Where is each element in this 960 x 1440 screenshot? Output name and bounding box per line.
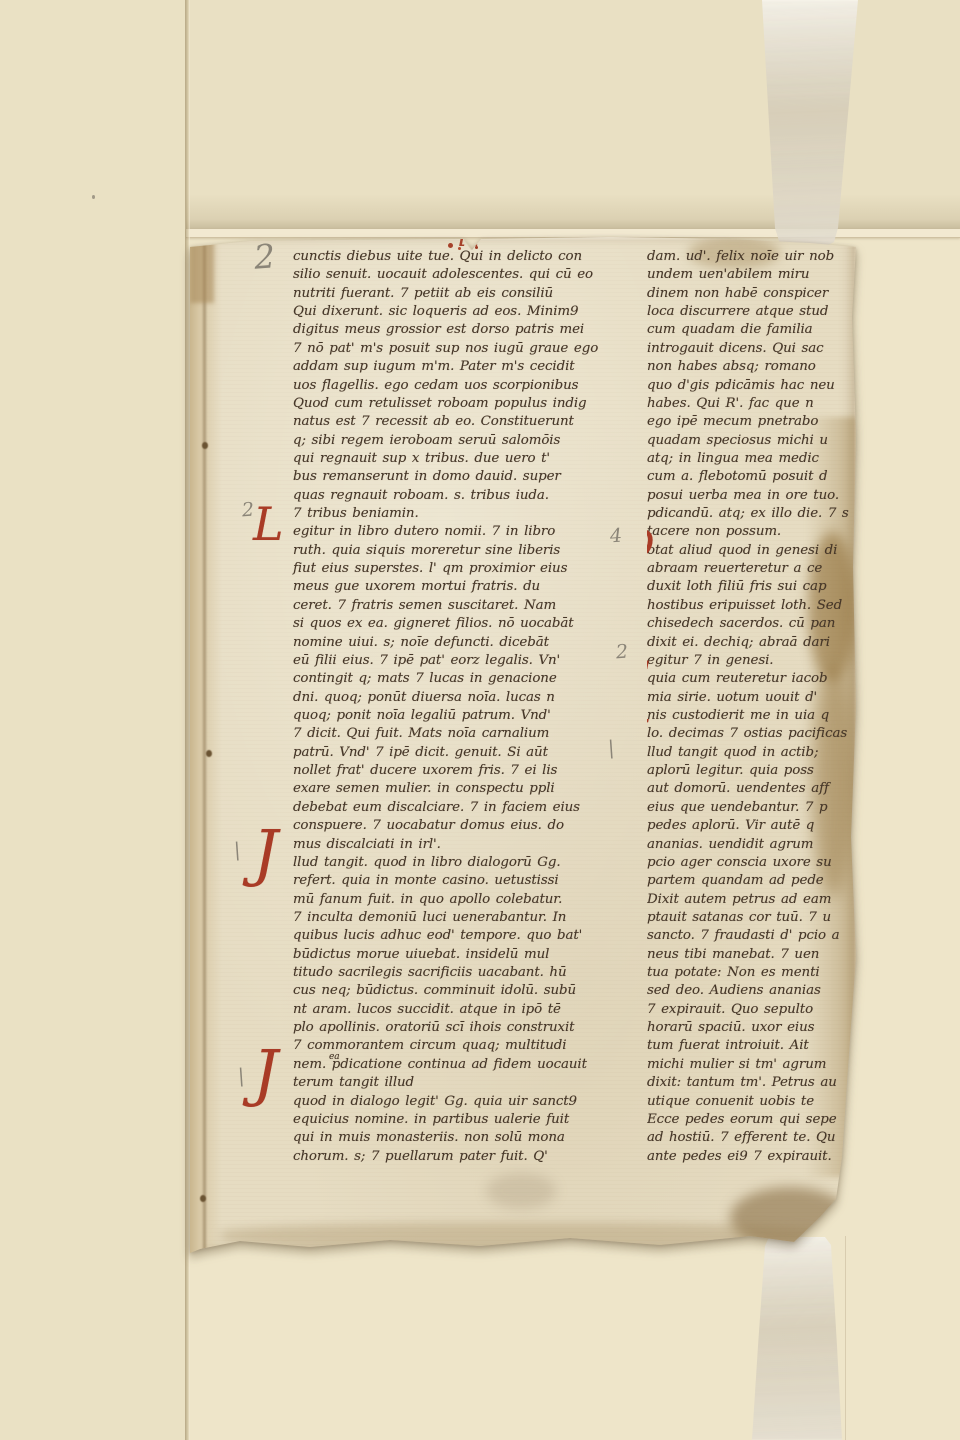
text-line: quas regnauit roboam. s. tribus iuda.: [293, 487, 627, 505]
text-line: ante pedes ei9 7 expirauit.: [647, 1148, 856, 1166]
line-text: tum fuerat introiuit. Ait: [647, 1038, 809, 1053]
text-line: quod in dialogo legit' Gg. quia uir sanc…: [293, 1093, 627, 1111]
text-line: debebat eum discalciare. 7 in faciem eiu…: [293, 799, 627, 817]
line-text: debebat eum discalciare. 7 in faciem eiu…: [293, 800, 580, 815]
red-initial: L: [647, 644, 651, 662]
pencil-mark: 2: [241, 499, 255, 522]
line-text: sancto. 7 fraudasti d' pcio a: [647, 928, 840, 943]
text-line: būdictus morue uiuebat. insidelū mul: [293, 946, 627, 964]
line-text: patrū. Vnd' 7 ipē dicit. genuit. Si aūt: [293, 745, 548, 760]
line-text: ante pedes ei9 7 expirauit.: [647, 1149, 832, 1164]
text-line: Jllud tangit quod in actib;: [647, 744, 856, 762]
text-line: ceret. 7 fratris semen suscitaret. Nam: [293, 597, 627, 615]
stain: [220, 1223, 820, 1249]
text-line: quoq; ponit noīa legaliū patrum. Vnd': [293, 707, 627, 725]
text-line: tua potate: Non es menti: [647, 964, 856, 982]
line-text: Qui dixerunt. sic loqueris ad eos. Minim…: [293, 304, 578, 319]
text-line: aut domorū. uendentes aff: [647, 780, 856, 798]
manuscript-leaf-wrap: ll cunctis diebus uite tue. Qui in delic…: [190, 237, 856, 1253]
text-line: contingit q; mats 7 lucas in genacione: [293, 670, 627, 688]
line-text: pcio ager conscia uxore su: [647, 855, 832, 870]
line-text: utique conuenit uobis te: [647, 1094, 814, 1109]
line-text: natus est 7 recessit ab eo. Constituerun…: [293, 414, 574, 429]
line-text: atq; in lingua mea medic: [647, 451, 819, 466]
text-line: exare semen mulier. in conspectu ppli: [293, 780, 627, 798]
text-line: loca discurrere atque stud: [647, 303, 856, 321]
line-text: 7 nō pat' m's posuit sup nos iugū graue …: [293, 341, 598, 356]
line-text: uos flagellis. ego cedam uos scorpionibu…: [293, 378, 578, 393]
line-text: quo d'gis pdicāmis hac neu: [647, 378, 835, 393]
line-text: llud tangit quod in actib;: [647, 745, 818, 760]
line-text: terum tangit illud: [293, 1075, 414, 1090]
line-text: hostibus eripuisset loth. Sed: [647, 598, 842, 613]
left-mat-panel: [0, 0, 185, 1440]
line-text: lo. decimas 7 ostias pacificas: [647, 726, 847, 741]
text-line: 7 tribus beniamin.: [293, 505, 627, 523]
text-line: pdicandū. atq; ex illo die. 7 s: [647, 505, 856, 523]
line-text: eius que uendebantur. 7 p: [647, 800, 827, 815]
line-text: ego ipē mecum pnetrabo: [647, 414, 818, 429]
text-line: dixit: tantum tm'. Petrus au: [647, 1074, 856, 1092]
text-line: ad hostiū. 7 efferent te. Qu: [647, 1129, 856, 1147]
line-text: nis custodierit me in uia q: [647, 708, 829, 723]
line-text: contingit q; mats 7 lucas in genacione: [293, 671, 557, 686]
column-1: cunctis diebus uite tue. Qui in delicto …: [293, 248, 627, 1166]
line-text: otat aliud quod in genesi di: [647, 543, 837, 558]
text-line: duxit loth filiū fris sui cap: [647, 578, 856, 596]
line-text: chisedech sacerdos. cū pan: [647, 616, 835, 631]
line-text: nomine uiui. s; noīe defuncti. dicebāt: [293, 635, 549, 650]
text-line: ruth. quia siquis moreretur sine liberis: [293, 542, 627, 560]
text-line: cunctis diebus uite tue. Qui in delicto …: [293, 248, 627, 266]
line-text: equicius nomine. in partibus ualerie fui…: [293, 1112, 569, 1127]
text-line: Jterum tangit illud: [293, 1074, 627, 1092]
sewing-hole: [206, 750, 212, 757]
line-text: exare semen mulier. in conspectu ppli: [293, 781, 555, 796]
line-text: refert. quia in monte casino. uetustissi: [293, 873, 559, 888]
line-text: michi mulier si tm' agrum: [647, 1057, 826, 1072]
line-text: aut domorū. uendentes aff: [647, 781, 829, 796]
line-text: bus remanserunt in domo dauid. super: [293, 469, 561, 484]
text-line: sed deo. Audiens ananias: [647, 982, 856, 1000]
text-line: dni. quoq; ponūt diuersa noīa. lucas n: [293, 689, 627, 707]
text-line: mus discalciati in irl'.: [293, 836, 627, 854]
text-line: pcio ager conscia uxore su: [647, 854, 856, 872]
gutter-crack: [203, 237, 206, 1253]
line-text: Ecce pedes eorum qui sepe: [647, 1112, 837, 1127]
text-line: eius que uendebantur. 7 p: [647, 799, 856, 817]
line-text: dixit: tantum tm'. Petrus au: [647, 1075, 837, 1090]
line-text: meus gue uxorem mortui fratris. du: [293, 579, 540, 594]
text-line: natus est 7 recessit ab eo. Constituerun…: [293, 413, 627, 431]
text-line: 7 expirauit. Quo sepulto: [647, 1001, 856, 1019]
line-text: eū filii eius. 7 ipē pat' eorz legalis. …: [293, 653, 560, 668]
line-text: conspuere. 7 uocabatur domus eius. do: [293, 818, 564, 833]
text-line: chorum. s; 7 puellarum pater fuit. Q': [293, 1148, 627, 1166]
interlinear-correction: ea: [329, 1048, 340, 1066]
line-text: quas regnauit roboam. s. tribus iuda.: [293, 488, 549, 503]
line-text: mū fanum fuit. in quo apollo colebatur.: [293, 892, 562, 907]
text-line: tacere non possum.: [647, 523, 856, 541]
line-text: horarū spaciū. uxor eius: [647, 1020, 814, 1035]
gutter-edge: [190, 237, 222, 1253]
text-line: silio senuit. uocauit adolescentes. qui …: [293, 266, 627, 284]
text-line: partem quandam ad pede: [647, 872, 856, 890]
text-line: nt aram. lucos succidit. atque in ipō tē: [293, 1001, 627, 1019]
line-text: nt aram. lucos succidit. atque in ipō tē: [293, 1002, 561, 1017]
pencil-mark: 2: [253, 236, 277, 276]
text-line: nutriti fuerant. 7 petiit ab eis consili…: [293, 285, 627, 303]
text-line: dam. ud'. felix noīe uir nob: [647, 248, 856, 266]
text-line: nomine uiui. s; noīe defuncti. dicebāt: [293, 634, 627, 652]
text-line: fiut eius superstes. l' qm proximior eiu…: [293, 560, 627, 578]
red-initial: L: [253, 515, 283, 533]
text-line: ananias. uendidit agrum: [647, 836, 856, 854]
text-line: refert. quia in monte casino. uetustissi: [293, 872, 627, 890]
line-text: silio senuit. uocauit adolescentes. qui …: [293, 267, 593, 282]
text-line: sancto. 7 fraudasti d' pcio a: [647, 927, 856, 945]
backing-seam-bottom-right: [845, 1236, 846, 1440]
line-text: qui in muis monasteriis. non solū mona: [293, 1130, 565, 1145]
text-line: non habes absq; romano: [647, 358, 856, 376]
text-line: Jllud tangit. quod in libro dialogorū Gg…: [293, 854, 627, 872]
line-text: sed deo. Audiens ananias: [647, 983, 821, 998]
text-line: posui uerba mea in ore tuo.: [647, 487, 856, 505]
text-line: cum quadam die familia: [647, 321, 856, 339]
text-line: Legitur in libro dutero nomii. 7 in libr…: [293, 523, 627, 541]
text-line: dinem non habē conspicer: [647, 285, 856, 303]
text-line: nollet frat' ducere uxorem fris. 7 ei li…: [293, 762, 627, 780]
line-text: aplorū legitur. quia poss: [647, 763, 814, 778]
line-text: 7 dicit. Qui fuit. Mats noīa carnalium: [293, 726, 549, 741]
text-line: conspuere. 7 uocabatur domus eius. do: [293, 817, 627, 835]
line-text: duxit loth filiū fris sui cap: [647, 579, 826, 594]
text-line: hostibus eripuisset loth. Sed: [647, 597, 856, 615]
line-text: dam. ud'. felix noīe uir nob: [647, 249, 834, 264]
text-line: si quos ex ea. gigneret filios. nō uocab…: [293, 615, 627, 633]
text-line: 7 commorantem circum quaq; multitudi: [293, 1037, 627, 1055]
text-line: ego ipē mecum pnetrabo: [647, 413, 856, 431]
text-line: uos flagellis. ego cedam uos scorpionibu…: [293, 377, 627, 395]
line-text: chorum. s; 7 puellarum pater fuit. Q': [293, 1149, 548, 1164]
line-text: loca discurrere atque stud: [647, 304, 828, 319]
line-text: addam sup iugum m'm. Pater m's cecidit: [293, 359, 575, 374]
pencil-speck: [92, 195, 95, 199]
line-text: ananias. uendidit agrum: [647, 837, 813, 852]
text-line: 7 inculta demoniū luci uenerabantur. In: [293, 909, 627, 927]
text-line: pedes aplorū. Vir autē q: [647, 817, 856, 835]
text-line: digitus meus grossior est dorso patris m…: [293, 321, 627, 339]
text-line: introgauit dicens. Qui sac: [647, 340, 856, 358]
text-line: Quod cum retulisset roboam populus indig: [293, 395, 627, 413]
pencil-mark: |: [233, 839, 241, 861]
line-text: Dixit autem petrus ad eam: [647, 892, 831, 907]
line-text: ruth. quia siquis moreretur sine liberis: [293, 543, 560, 558]
text-line: 7 nō pat' m's posuit sup nos iugū graue …: [293, 340, 627, 358]
sewing-hole: [202, 442, 208, 449]
sewing-hole: [200, 1195, 206, 1202]
line-text: 7 inculta demoniū luci uenerabantur. In: [293, 910, 566, 925]
line-text: būdictus morue uiuebat. insidelū mul: [293, 947, 549, 962]
text-line: plo apollinis. oratoriū scī ihois constr…: [293, 1019, 627, 1037]
line-text: titudo sacrilegis sacrificiis uacabant. …: [293, 965, 566, 980]
text-line: q; sibi regem ieroboam seruū salomōis: [293, 432, 627, 450]
text-line: michi mulier si tm' agrum: [647, 1056, 856, 1074]
line-text: abraam reuerteretur a ce: [647, 561, 822, 576]
manuscript-photo: ll cunctis diebus uite tue. Qui in delic…: [0, 0, 960, 1440]
line-text: cunctis diebus uite tue. Qui in delicto …: [293, 249, 582, 264]
text-line: Dotat aliud quod in genesi di: [647, 542, 856, 560]
text-line: horarū spaciū. uxor eius: [647, 1019, 856, 1037]
text-line: utique conuenit uobis te: [647, 1093, 856, 1111]
line-text: egitur in libro dutero nomii. 7 in libro: [293, 524, 555, 539]
mat-edge-shadow: [186, 194, 960, 230]
text-line: ptauit satanas cor tuū. 7 u: [647, 909, 856, 927]
line-text: ptauit satanas cor tuū. 7 u: [647, 910, 831, 925]
line-text: introgauit dicens. Qui sac: [647, 341, 824, 356]
text-line: mū fanum fuit. in quo apollo colebatur.: [293, 891, 627, 909]
text-line: Qui dixerunt. sic loqueris ad eos. Minim…: [293, 303, 627, 321]
text-line: abraam reuerteretur a ce: [647, 560, 856, 578]
line-text: cum a. flebotomū posuit d: [647, 469, 828, 484]
text-line: mia sirie. uotum uouit d': [647, 689, 856, 707]
line-text: cum quadam die familia: [647, 322, 813, 337]
line-text: mus discalciati in irl'.: [293, 837, 441, 852]
text-line: cum a. flebotomū posuit d: [647, 468, 856, 486]
text-line: aplorū legitur. quia poss: [647, 762, 856, 780]
line-text: dixit ei. dechiq; abraā dari: [647, 635, 830, 650]
line-text: plo apollinis. oratoriū scī ihois constr…: [293, 1020, 574, 1035]
text-line: titudo sacrilegis sacrificiis uacabant. …: [293, 964, 627, 982]
line-text: tua potate: Non es menti: [647, 965, 820, 980]
text-line: equicius nomine. in partibus ualerie fui…: [293, 1111, 627, 1129]
line-text: pedes aplorū. Vir autē q: [647, 818, 814, 833]
text-line: Ecce pedes eorum qui sepe: [647, 1111, 856, 1129]
pencil-mark: 2: [615, 641, 629, 664]
pencil-mark: |: [237, 1065, 245, 1087]
line-text: 7 tribus beniamin.: [293, 506, 419, 521]
text-line: neus tibi manebat. 7 uen: [647, 946, 856, 964]
line-text: quia cum reuteretur iacob: [647, 671, 827, 686]
gutter-fold-tear: [190, 237, 214, 303]
line-text: undem uen'abilem miru: [647, 267, 809, 282]
line-text: dinem non habē conspicer: [647, 286, 828, 301]
text-line: Dixit autem petrus ad eam: [647, 891, 856, 909]
text-line: addam sup iugum m'm. Pater m's cecidit: [293, 358, 627, 376]
line-text: quod in dialogo legit' Gg. quia uir sanc…: [293, 1094, 577, 1109]
stain: [486, 1173, 556, 1209]
line-text: quoq; ponit noīa legaliū patrum. Vnd': [293, 708, 551, 723]
line-text: nutriti fuerant. 7 petiit ab eis consili…: [293, 286, 553, 301]
text-line: lo. decimas 7 ostias pacificas: [647, 725, 856, 743]
text-line: quia cum reuteretur iacob: [647, 670, 856, 688]
text-line: bus remanserunt in domo dauid. super: [293, 468, 627, 486]
text-line: eanem. pdicatione continua ad fidem uoca…: [293, 1056, 627, 1074]
text-line: tum fuerat introiuit. Ait: [647, 1037, 856, 1055]
line-text: cus neq; būdictus. comminuit idolū. subū: [293, 983, 576, 998]
text-line: habes. Qui R'. fac que n: [647, 395, 856, 413]
line-text: non habes absq; romano: [647, 359, 816, 374]
text-line: eū filii eius. 7 ipē pat' eorz legalis. …: [293, 652, 627, 670]
line-text: 7 expirauit. Quo sepulto: [647, 1002, 813, 1017]
column-2: dam. ud'. felix noīe uir nobundem uen'ab…: [647, 248, 856, 1166]
manuscript-leaf: ll cunctis diebus uite tue. Qui in delic…: [190, 237, 856, 1253]
line-text: partem quandam ad pede: [647, 873, 824, 888]
text-line: meus gue uxorem mortui fratris. du: [293, 578, 627, 596]
line-text: q; sibi regem ieroboam seruū salomōis: [293, 433, 560, 448]
text-line: quadam speciosus michi u: [647, 432, 856, 450]
text-line: undem uen'abilem miru: [647, 266, 856, 284]
line-text: neus tibi manebat. 7 uen: [647, 947, 819, 962]
line-text: tacere non possum.: [647, 524, 781, 539]
line-text: pdicandū. atq; ex illo die. 7 s: [647, 506, 849, 521]
text-line: chisedech sacerdos. cū pan: [647, 615, 856, 633]
line-text: llud tangit. quod in libro dialogorū Gg.: [293, 855, 560, 870]
text-line: dixit ei. dechiq; abraā dari: [647, 634, 856, 652]
line-text: nollet frat' ducere uxorem fris. 7 ei li…: [293, 763, 557, 778]
line-text: habes. Qui R'. fac que n: [647, 396, 814, 411]
text-line: quibus lucis adhuc eod' tempore. quo bat…: [293, 927, 627, 945]
line-text: quibus lucis adhuc eod' tempore. quo bat…: [293, 928, 582, 943]
line-text: Quod cum retulisset roboam populus indig: [293, 396, 587, 411]
text-line: qui regnauit sup x tribus. due uero t': [293, 450, 627, 468]
line-text: digitus meus grossior est dorso patris m…: [293, 322, 584, 337]
text-line: cus neq; būdictus. comminuit idolū. subū: [293, 982, 627, 1000]
text-line: qui in muis monasteriis. non solū mona: [293, 1129, 627, 1147]
line-text: ceret. 7 fratris semen suscitaret. Nam: [293, 598, 556, 613]
text-line: atq; in lingua mea medic: [647, 450, 856, 468]
text-line: patrū. Vnd' 7 ipē dicit. genuit. Si aūt: [293, 744, 627, 762]
text-line: quo d'gis pdicāmis hac neu: [647, 377, 856, 395]
red-initial: D: [647, 536, 655, 554]
text-line: Legitur 7 in genesi.: [647, 652, 856, 670]
red-initial: J: [253, 844, 278, 862]
line-text: quadam speciosus michi u: [647, 433, 828, 448]
line-text: fiut eius superstes. l' qm proximior eiu…: [293, 561, 567, 576]
pencil-mark: 4: [609, 525, 623, 548]
line-text: si quos ex ea. gigneret filios. nō uocab…: [293, 616, 574, 631]
line-text: qui regnauit sup x tribus. due uero t': [293, 451, 550, 466]
line-text: egitur 7 in genesi.: [647, 653, 773, 668]
line-text: posui uerba mea in ore tuo.: [647, 488, 839, 503]
line-text: ad hostiū. 7 efferent te. Qu: [647, 1130, 835, 1145]
text-line: nis custodierit me in uia q: [647, 707, 856, 725]
text-line: 7 dicit. Qui fuit. Mats noīa carnalium: [293, 725, 627, 743]
line-text: mia sirie. uotum uouit d': [647, 690, 817, 705]
red-initial: J: [253, 1064, 278, 1082]
line-text: dni. quoq; ponūt diuersa noīa. lucas n: [293, 690, 555, 705]
